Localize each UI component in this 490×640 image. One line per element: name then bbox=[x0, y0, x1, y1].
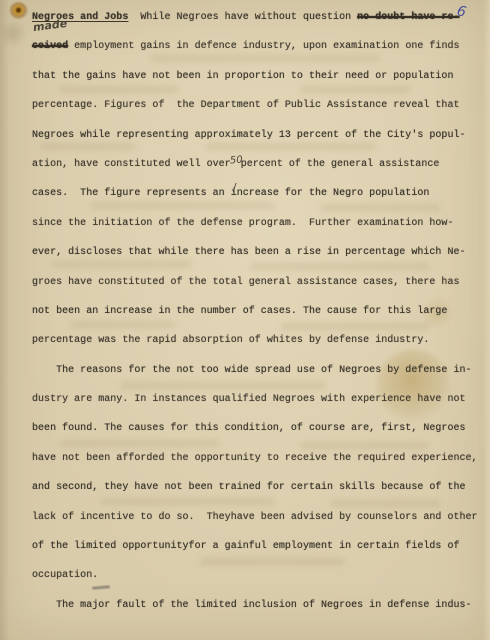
typed-line: Negroes while representing approximately… bbox=[32, 121, 484, 150]
struck-text: no doubt have re- bbox=[357, 12, 459, 23]
typed-line: not been an increase in the number of ca… bbox=[32, 297, 484, 326]
typed-line: percentage was the rapid absorption of w… bbox=[32, 326, 484, 355]
typed-line: ceivedmade employment gains in defence i… bbox=[32, 32, 484, 61]
typed-text-segment: lack of incentive to do so. Theyhave bee… bbox=[32, 512, 478, 523]
typed-text-segment: dustry are many. In instances qualified … bbox=[32, 394, 466, 405]
typed-text-segment: have not been afforded the opportunity t… bbox=[32, 453, 478, 464]
document-page: 6 Negroes and Jobs While Negroes have wi… bbox=[0, 0, 490, 640]
typed-line: The major fault of the limited inclusion… bbox=[32, 591, 484, 620]
typed-text-segment: been found. The causes for this conditio… bbox=[32, 423, 466, 434]
typed-line: and second, they have not been trained f… bbox=[32, 473, 484, 502]
typed-text-segment: ation, have constituted well over bbox=[32, 159, 231, 170]
typed-text-segment: percentage was the rapid absorption of w… bbox=[32, 335, 429, 346]
caret-icon: ∕ bbox=[233, 173, 237, 202]
typed-line: that the gains have not been in proporti… bbox=[32, 62, 484, 91]
typed-line: Negroes and Jobs While Negroes have with… bbox=[32, 3, 484, 32]
struck-text: ceivedmade bbox=[32, 32, 68, 61]
typed-line: have not been afforded the opportunity t… bbox=[32, 444, 484, 473]
typed-text-segment: not been an increase in the number of ca… bbox=[32, 306, 447, 317]
typed-text-segment: percent of the general assistance bbox=[241, 159, 440, 170]
typed-line: lack of incentive to do so. Theyhave bee… bbox=[32, 503, 484, 532]
rust-spot bbox=[9, 2, 28, 19]
typed-line: ation, have constituted well over50∕perc… bbox=[32, 150, 484, 179]
typed-text-segment: since the initiation of the defense prog… bbox=[32, 218, 453, 229]
handwritten-insert: 50 bbox=[229, 154, 243, 169]
typed-line: groes have constituted of the total gene… bbox=[32, 268, 484, 297]
typed-line: of the limited opportunityfor a gainful … bbox=[32, 532, 484, 561]
typed-text-segment: Negroes while representing approximately… bbox=[32, 130, 466, 141]
typed-line: been found. The causes for this conditio… bbox=[32, 414, 484, 443]
typed-text-segment: cases. The figure represents an increase… bbox=[32, 188, 429, 199]
typed-line: The reasons for the not too wide spread … bbox=[32, 356, 484, 385]
typed-text-segment: of the limited opportunityfor a gainful … bbox=[32, 541, 460, 552]
typed-text-segment: and second, they have not been trained f… bbox=[32, 482, 466, 493]
typed-text: Negroes and Jobs While Negroes have with… bbox=[32, 3, 484, 620]
typed-text-segment: The reasons for the not too wide spread … bbox=[32, 365, 472, 376]
typed-line: since the initiation of the defense prog… bbox=[32, 209, 484, 238]
typed-text-segment: groes have constituted of the total gene… bbox=[32, 277, 460, 288]
typed-line: occupation. bbox=[32, 561, 484, 590]
typed-text-segment: The major fault of the limited inclusion… bbox=[32, 600, 472, 611]
typed-text-segment: employment gains in defence industry, up… bbox=[68, 41, 459, 52]
typed-line: percentage. Figures of the Department of… bbox=[32, 91, 484, 120]
typed-line: cases. The figure represents an increase… bbox=[32, 179, 484, 208]
typed-text-segment: occupation. bbox=[32, 570, 98, 581]
typed-text-segment: ever, discloses that while there has bee… bbox=[32, 247, 466, 258]
typed-text-segment: percentage. Figures of the Department of… bbox=[32, 100, 460, 111]
typed-line: ever, discloses that while there has bee… bbox=[32, 238, 484, 267]
typed-line: dustry are many. In instances qualified … bbox=[32, 385, 484, 414]
handwritten-insert: made bbox=[32, 17, 68, 35]
typed-text-segment: that the gains have not been in proporti… bbox=[32, 71, 453, 82]
corner-smudge bbox=[0, 18, 26, 48]
typed-text-segment: While Negroes have without question bbox=[128, 12, 357, 23]
